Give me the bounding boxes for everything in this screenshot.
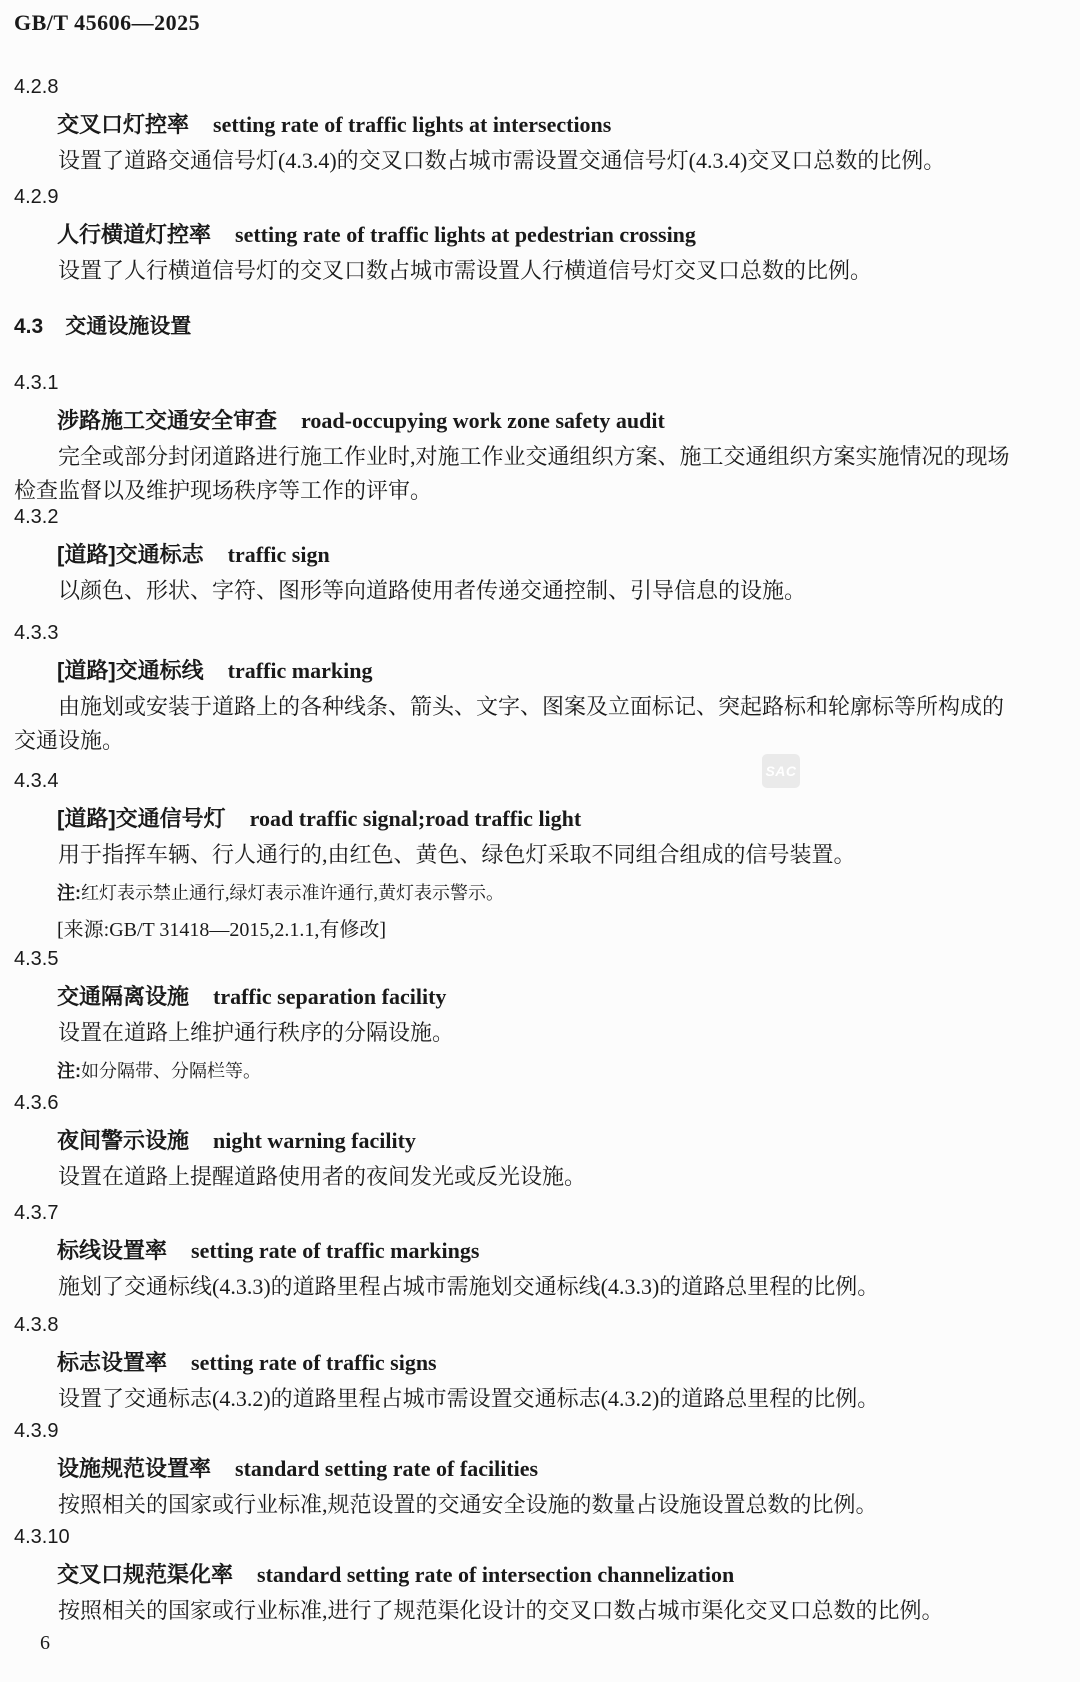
term-entry-4-3-5: 4.3.5 交通隔离设施traffic separation facility …: [0, 946, 1080, 1086]
term-english: standard setting rate of intersection ch…: [257, 1562, 734, 1587]
term-chinese: 交通隔离设施: [57, 984, 189, 1009]
term-line: 标线设置率setting rate of traffic markings: [57, 1234, 1080, 1268]
term-chinese: 标志设置率: [57, 1350, 167, 1375]
term-note: 注:如分隔带、分隔栏等。: [57, 1056, 1080, 1086]
term-chinese: 交叉口灯控率: [57, 112, 189, 137]
term-line: 交叉口规范渠化率standard setting rate of interse…: [57, 1558, 1080, 1592]
term-line: [道路]交通标志traffic sign: [57, 538, 1080, 572]
term-entry-4-3-9: 4.3.9 设施规范设置率standard setting rate of fa…: [0, 1418, 1080, 1522]
term-line: 标志设置率setting rate of traffic signs: [57, 1346, 1080, 1380]
term-entry-4-3-7: 4.3.7 标线设置率setting rate of traffic marki…: [0, 1200, 1080, 1304]
term-english: setting rate of traffic signs: [191, 1350, 437, 1375]
term-definition: 完全或部分封闭道路进行施工作业时,对施工作业交通组织方案、施工交通组织方案实施情…: [14, 440, 1016, 508]
term-line: 交叉口灯控率setting rate of traffic lights at …: [57, 108, 1080, 142]
clause-number: 4.3.3: [14, 620, 1080, 646]
term-definition: 按照相关的国家或行业标准,规范设置的交通安全设施的数量占设施设置总数的比例。: [14, 1488, 1016, 1522]
term-chinese: 设施规范设置率: [57, 1456, 211, 1481]
section-number: 4.3: [14, 315, 43, 338]
clause-number: 4.3.10: [14, 1524, 1080, 1550]
term-english: traffic separation facility: [213, 984, 446, 1009]
term-entry-4-3-2: 4.3.2 [道路]交通标志traffic sign 以颜色、形状、字符、图形等…: [0, 504, 1080, 608]
term-line: 涉路施工交通安全审查road-occupying work zone safet…: [57, 404, 1080, 438]
term-english: traffic marking: [228, 658, 373, 683]
term-chinese: [道路]交通标线: [57, 658, 204, 683]
clause-number: 4.3.6: [14, 1090, 1080, 1116]
clause-number: 4.2.8: [14, 74, 1080, 100]
term-english: setting rate of traffic lights at pedest…: [235, 222, 696, 247]
section-title: 交通设施设置: [65, 315, 191, 338]
term-chinese: 标线设置率: [57, 1238, 167, 1263]
note-label: 注:: [57, 1061, 81, 1081]
term-entry-4-3-3: 4.3.3 [道路]交通标线traffic marking 由施划或安装于道路上…: [0, 620, 1080, 758]
term-line: [道路]交通标线traffic marking: [57, 654, 1080, 688]
note-label: 注:: [57, 883, 81, 903]
term-chinese: 涉路施工交通安全审查: [57, 408, 277, 433]
term-entry-4-2-8: 4.2.8 交叉口灯控率setting rate of traffic ligh…: [0, 74, 1080, 178]
clause-number: 4.3.4: [14, 768, 1080, 794]
term-entry-4-2-9: 4.2.9 人行横道灯控率setting rate of traffic lig…: [0, 184, 1080, 288]
term-english: setting rate of traffic lights at inters…: [213, 112, 611, 137]
term-definition: 按照相关的国家或行业标准,进行了规范渠化设计的交叉口数占城市渠化交叉口总数的比例…: [14, 1594, 1016, 1628]
term-english: setting rate of traffic markings: [191, 1238, 479, 1263]
term-definition: 由施划或安装于道路上的各种线条、箭头、文字、图案及立面标记、突起路标和轮廓标等所…: [14, 690, 1016, 758]
term-chinese: 夜间警示设施: [57, 1128, 189, 1153]
clause-number: 4.3.9: [14, 1418, 1080, 1444]
term-definition: 以颜色、形状、字符、图形等向道路使用者传递交通控制、引导信息的设施。: [14, 574, 1016, 608]
term-entry-4-3-6: 4.3.6 夜间警示设施night warning facility 设置在道路…: [0, 1090, 1080, 1194]
clause-number: 4.2.9: [14, 184, 1080, 210]
document-number-header: GB/T 45606—2025: [14, 10, 200, 36]
term-definition: 设置了道路交通信号灯(4.3.4)的交叉口数占城市需设置交通信号灯(4.3.4)…: [14, 144, 1016, 178]
term-definition: 设置在道路上维护通行秩序的分隔设施。: [14, 1016, 1016, 1050]
term-line: 设施规范设置率standard setting rate of faciliti…: [57, 1452, 1080, 1486]
term-definition: 设置了人行横道信号灯的交叉口数占城市需设置人行横道信号灯交叉口总数的比例。: [14, 254, 1016, 288]
note-text: 红灯表示禁止通行,绿灯表示准许通行,黄灯表示警示。: [81, 883, 504, 903]
term-note: 注:红灯表示禁止通行,绿灯表示准许通行,黄灯表示警示。: [57, 878, 1080, 908]
term-english: road traffic signal;road traffic light: [250, 806, 582, 831]
section-heading: 4.3交通设施设置: [14, 312, 191, 342]
term-chinese: 人行横道灯控率: [57, 222, 211, 247]
term-entry-4-3-1: 4.3.1 涉路施工交通安全审查road-occupying work zone…: [0, 370, 1080, 508]
term-definition: 设置了交通标志(4.3.2)的道路里程占城市需设置交通标志(4.3.2)的道路总…: [14, 1382, 1016, 1416]
term-entry-4-3-4: 4.3.4 [道路]交通信号灯road traffic signal;road …: [0, 768, 1080, 946]
term-definition: 设置在道路上提醒道路使用者的夜间发光或反光设施。: [14, 1160, 1016, 1194]
clause-number: 4.3.2: [14, 504, 1080, 530]
note-text: 如分隔带、分隔栏等。: [81, 1061, 261, 1081]
term-chinese: [道路]交通信号灯: [57, 806, 226, 831]
term-definition: 施划了交通标线(4.3.3)的道路里程占城市需施划交通标线(4.3.3)的道路总…: [14, 1270, 1016, 1304]
term-english: traffic sign: [228, 542, 330, 567]
term-chinese: 交叉口规范渠化率: [57, 1562, 233, 1587]
page-number: 6: [40, 1632, 50, 1655]
term-english: road-occupying work zone safety audit: [301, 408, 665, 433]
term-entry-4-3-10: 4.3.10 交叉口规范渠化率standard setting rate of …: [0, 1524, 1080, 1628]
source-reference: [来源:GB/T 31418—2015,2.1.1,有修改]: [57, 914, 1080, 946]
clause-number: 4.3.5: [14, 946, 1080, 972]
term-entry-4-3-8: 4.3.8 标志设置率setting rate of traffic signs…: [0, 1312, 1080, 1416]
term-english: standard setting rate of facilities: [235, 1456, 538, 1481]
clause-number: 4.3.7: [14, 1200, 1080, 1226]
standard-document-page: GB/T 45606—2025 4.2.8 交叉口灯控率setting rate…: [0, 0, 1080, 1682]
term-line: [道路]交通信号灯road traffic signal;road traffi…: [57, 802, 1080, 836]
term-definition: 用于指挥车辆、行人通行的,由红色、黄色、绿色灯采取不同组合组成的信号装置。: [14, 838, 1016, 872]
clause-number: 4.3.1: [14, 370, 1080, 396]
term-chinese: [道路]交通标志: [57, 542, 204, 567]
term-line: 交通隔离设施traffic separation facility: [57, 980, 1080, 1014]
term-line: 人行横道灯控率setting rate of traffic lights at…: [57, 218, 1080, 252]
term-line: 夜间警示设施night warning facility: [57, 1124, 1080, 1158]
clause-number: 4.3.8: [14, 1312, 1080, 1338]
term-english: night warning facility: [213, 1128, 416, 1153]
